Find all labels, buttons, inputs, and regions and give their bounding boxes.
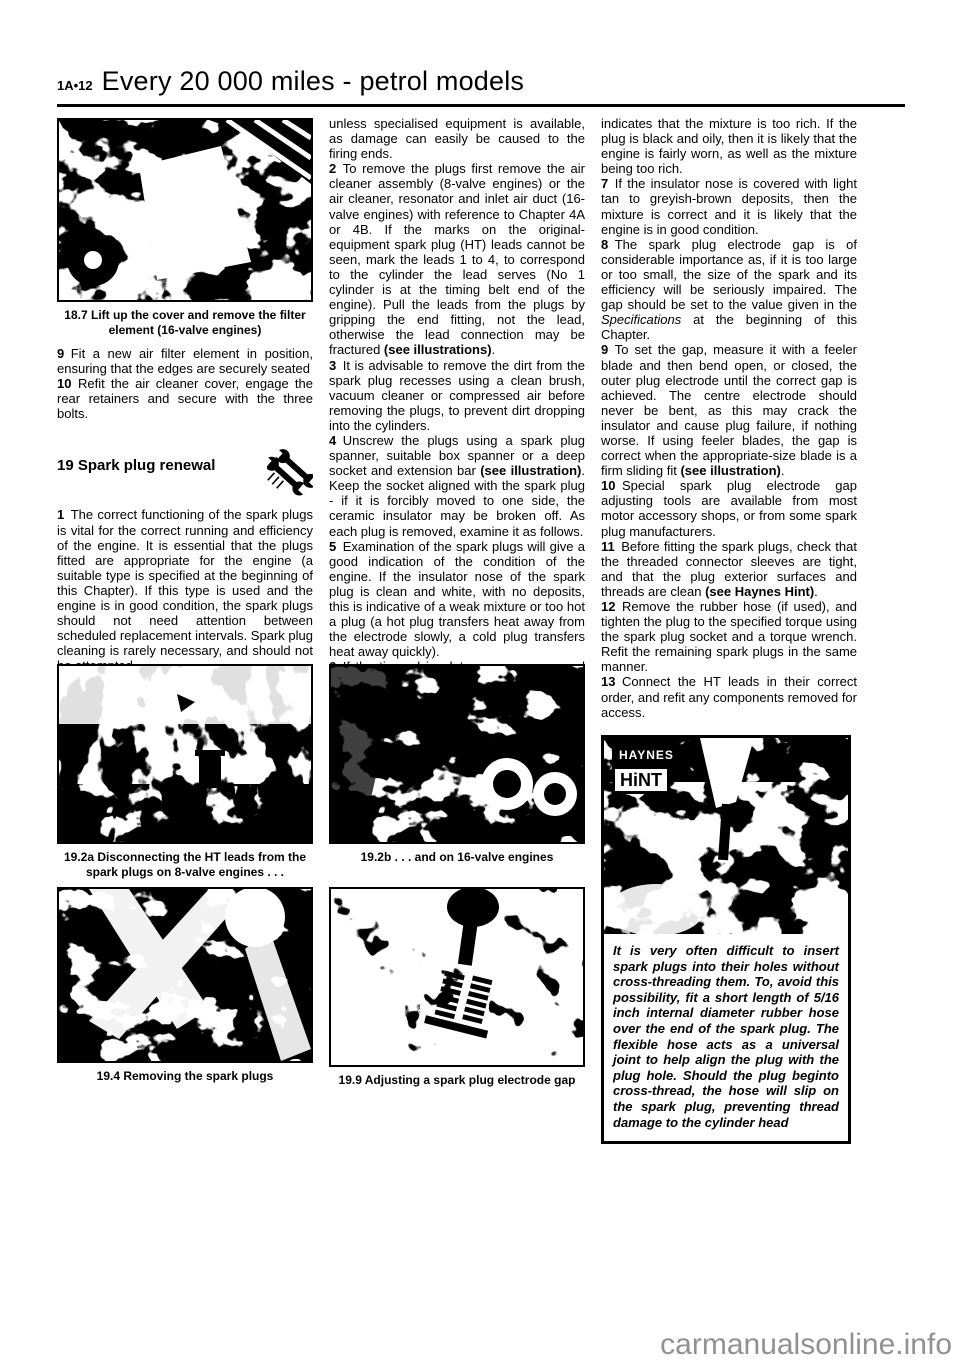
figure-19-2a: 19.2a Disconnecting the HT leads from th…: [57, 664, 313, 880]
figure-19-9: 19.9 Adjusting a spark plug electrode ga…: [329, 887, 585, 1088]
figure-19-4-caption: 19.4 Removing the spark plugs: [57, 1069, 313, 1084]
header-rule: [57, 104, 905, 107]
right-paragraphs: indicates that the mixture is too rich. …: [601, 116, 857, 720]
left-paragraphs: 1 The correct functioning of the spark p…: [57, 507, 313, 673]
paragraph: 12 Remove the rubber hose (if used), and…: [601, 599, 857, 674]
figure-19-2a-photo: [57, 664, 313, 844]
figure-19-4-photo: [57, 887, 313, 1063]
paragraph: 4 Unscrew the plugs using a spark plug s…: [329, 433, 585, 539]
haynes-brand-label: HAYNES: [612, 746, 681, 764]
figure-19-2b-caption: 19.2b . . . and on 16-valve engines: [329, 850, 585, 865]
paragraph: indicates that the mixture is too rich. …: [601, 116, 857, 176]
middle-column: unless specialised equipment is availabl…: [329, 116, 585, 690]
haynes-hint-box: HAYNES HiNT It is very often difficult t…: [601, 735, 851, 1144]
manual-page: 1A•12 Every 20 000 miles - petrol models…: [0, 0, 960, 1362]
haynes-hint-text: It is very often difficult to insert spa…: [604, 934, 848, 1141]
figure-19-2b-photo: [329, 664, 585, 844]
paragraph: unless specialised equipment is availabl…: [329, 116, 585, 161]
spanner-icon: [267, 443, 313, 501]
page-title: Every 20 000 miles - petrol models: [102, 66, 524, 97]
paragraph: 5 Examination of the spark plugs will gi…: [329, 539, 585, 660]
watermark: carmanualsonline.info: [660, 1328, 952, 1362]
figure-19-2b: 19.2b . . . and on 16-valve engines: [329, 664, 585, 865]
figure-18-7-caption: 18.7 Lift up the cover and remove the fi…: [57, 308, 313, 338]
page-header: 1A•12 Every 20 000 miles - petrol models: [57, 66, 905, 97]
section-19-title: 19 Spark plug renewal: [57, 443, 215, 474]
paragraph: 10 Special spark plug electrode gap adju…: [601, 478, 857, 538]
page-number: 1A•12: [57, 78, 93, 93]
haynes-hint-badge: HAYNES HiNT: [612, 746, 681, 794]
left-column: 18.7 Lift up the cover and remove the fi…: [57, 118, 313, 674]
paragraph: 8 The spark plug electrode gap is of con…: [601, 237, 857, 343]
paragraph: 3 It is advisable to remove the dirt fro…: [329, 358, 585, 433]
figure-18-7-photo: [57, 118, 313, 302]
figure-19-9-photo: [329, 887, 585, 1067]
figure-18-7: 18.7 Lift up the cover and remove the fi…: [57, 118, 313, 338]
section-19-heading-row: 19 Spark plug renewal: [57, 443, 313, 503]
left-paragraphs-top: 9 Fit a new air filter element in positi…: [57, 346, 313, 421]
figure-19-9-caption: 19.9 Adjusting a spark plug electrode ga…: [329, 1073, 585, 1088]
paragraph: 9 Fit a new air filter element in positi…: [57, 346, 313, 376]
middle-paragraphs: unless specialised equipment is availabl…: [329, 116, 585, 690]
hint-label: HiNT: [612, 766, 670, 794]
paragraph: 13 Connect the HT leads in their correct…: [601, 674, 857, 719]
paragraph: 7 If the insulator nose is covered with …: [601, 176, 857, 236]
paragraph: 10 Refit the air cleaner cover, engage t…: [57, 376, 313, 421]
paragraph: 9 To set the gap, measure it with a feel…: [601, 342, 857, 478]
paragraph: 2 To remove the plugs first remove the a…: [329, 161, 585, 357]
paragraph: 1 The correct functioning of the spark p…: [57, 507, 313, 673]
right-column: indicates that the mixture is too rich. …: [601, 116, 857, 720]
figure-19-4: 19.4 Removing the spark plugs: [57, 887, 313, 1084]
paragraph: 11 Before fitting the spark plugs, check…: [601, 539, 857, 599]
figure-19-2a-caption: 19.2a Disconnecting the HT leads from th…: [57, 850, 313, 880]
